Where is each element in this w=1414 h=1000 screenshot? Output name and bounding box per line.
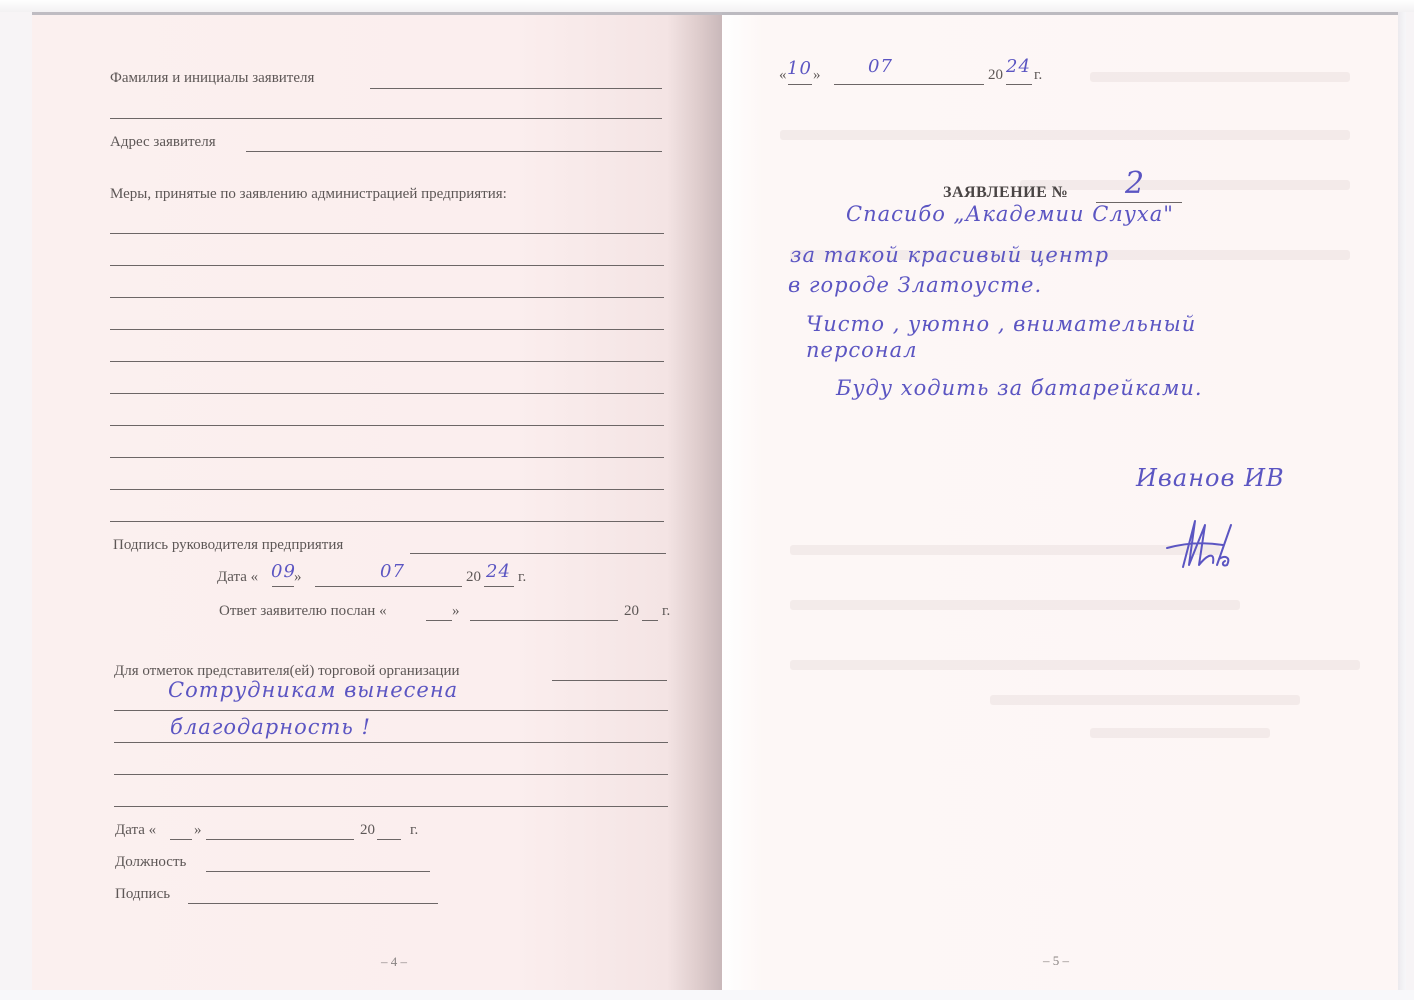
footer-date-day-field[interactable] <box>170 839 192 840</box>
right-date-year-field[interactable] <box>1006 84 1032 85</box>
measures-line[interactable] <box>110 393 664 394</box>
footer-date-year-end: г. <box>410 822 418 839</box>
measures-label: Меры, принятые по заявлению администраци… <box>110 186 507 203</box>
measures-line[interactable] <box>110 329 664 330</box>
manager-signature-field[interactable] <box>410 553 666 554</box>
date-day-field[interactable] <box>272 586 294 587</box>
date-year-field[interactable] <box>484 586 514 587</box>
page-number-5: – 5 – <box>1043 953 1069 969</box>
right-date-year-value: 24 <box>1006 56 1031 77</box>
applicant-name-field-line2[interactable] <box>110 118 662 119</box>
statement-number-value: 2 <box>1125 166 1145 201</box>
date-close-quote: » <box>294 569 302 586</box>
date-year-value: 24 <box>486 561 511 582</box>
org-notes-field-line1[interactable] <box>552 680 667 681</box>
measures-line[interactable] <box>110 361 664 362</box>
footer-date-label: Дата « <box>115 822 156 839</box>
position-label: Должность <box>115 854 186 871</box>
right-date-open: « <box>779 67 787 84</box>
right-date-year-prefix: 20 <box>988 67 1003 84</box>
org-notes-field-line2[interactable] <box>114 710 668 711</box>
scan-bottom-edge <box>0 990 1414 1000</box>
statement-line-2: за такой красивый центр <box>790 243 1109 267</box>
date-year-end: г. <box>518 569 526 586</box>
page-number-4: – 4 – <box>381 954 407 970</box>
applicant-address-field[interactable] <box>246 151 662 152</box>
footer-date-month-field[interactable] <box>206 839 354 840</box>
measures-line[interactable] <box>110 265 664 266</box>
signature-scribble-icon <box>1165 515 1245 580</box>
measures-line[interactable] <box>110 425 664 426</box>
reply-month-field[interactable] <box>470 620 618 621</box>
date-day-value: 09 <box>271 561 296 582</box>
manager-signature-label: Подпись руководителя предприятия <box>113 537 343 554</box>
reply-day-field[interactable] <box>426 620 452 621</box>
applicant-name-label: Фамилия и инициалы заявителя <box>110 70 314 87</box>
org-notes-field-line5[interactable] <box>114 806 668 807</box>
measures-line[interactable] <box>110 521 664 522</box>
footer-date-year-prefix: 20 <box>360 822 375 839</box>
date-month-field[interactable] <box>315 586 462 587</box>
position-field[interactable] <box>206 871 430 872</box>
measures-line[interactable] <box>110 233 664 234</box>
reply-year-prefix: 20 <box>624 603 639 620</box>
reply-sent-close: » <box>452 603 460 620</box>
page-4 <box>32 12 722 993</box>
applicant-name-field[interactable] <box>370 88 662 89</box>
right-date-day-field[interactable] <box>788 84 812 85</box>
footer-date-close: » <box>194 822 202 839</box>
date-year-prefix: 20 <box>466 569 481 586</box>
page-edge <box>1398 12 1406 990</box>
date-label: Дата « <box>217 569 258 586</box>
signature-label: Подпись <box>115 886 170 903</box>
org-notes-field-line3[interactable] <box>114 742 668 743</box>
footer-date-year-field[interactable] <box>377 839 401 840</box>
statement-line-4: Чисто , уютно , внимательный <box>806 312 1196 336</box>
date-month-value: 07 <box>380 561 405 582</box>
right-date-day-value: 10 <box>787 58 812 79</box>
right-date-close: » <box>813 67 821 84</box>
org-notes-handwritten-1: Сотрудникам вынесена <box>168 678 458 702</box>
signer-name: Иванов ИВ <box>1136 464 1285 492</box>
org-notes-handwritten-2: благодарность ! <box>170 715 371 739</box>
statement-line-5: персонал <box>806 338 918 362</box>
org-notes-field-line4[interactable] <box>114 774 668 775</box>
statement-line-1: Спасибо „Академии Слуха" <box>846 202 1174 226</box>
right-date-year-end: г. <box>1034 67 1042 84</box>
measures-line[interactable] <box>110 489 664 490</box>
right-date-month-field[interactable] <box>834 84 984 85</box>
scan-top-edge <box>0 0 1414 12</box>
reply-sent-label: Ответ заявителю послан « <box>219 603 387 620</box>
right-date-month-value: 07 <box>868 56 893 77</box>
applicant-address-label: Адрес заявителя <box>110 134 216 151</box>
measures-line[interactable] <box>110 457 664 458</box>
statement-title: ЗАЯВЛЕНИЕ № <box>943 184 1068 202</box>
reply-year-field[interactable] <box>642 620 658 621</box>
statement-line-3: в городе Златоусте. <box>788 273 1042 297</box>
signature-field[interactable] <box>188 903 438 904</box>
reply-year-end: г. <box>662 603 670 620</box>
measures-line[interactable] <box>110 297 664 298</box>
statement-line-6: Буду ходить за батарейками. <box>836 376 1203 400</box>
page-5 <box>722 12 1398 993</box>
